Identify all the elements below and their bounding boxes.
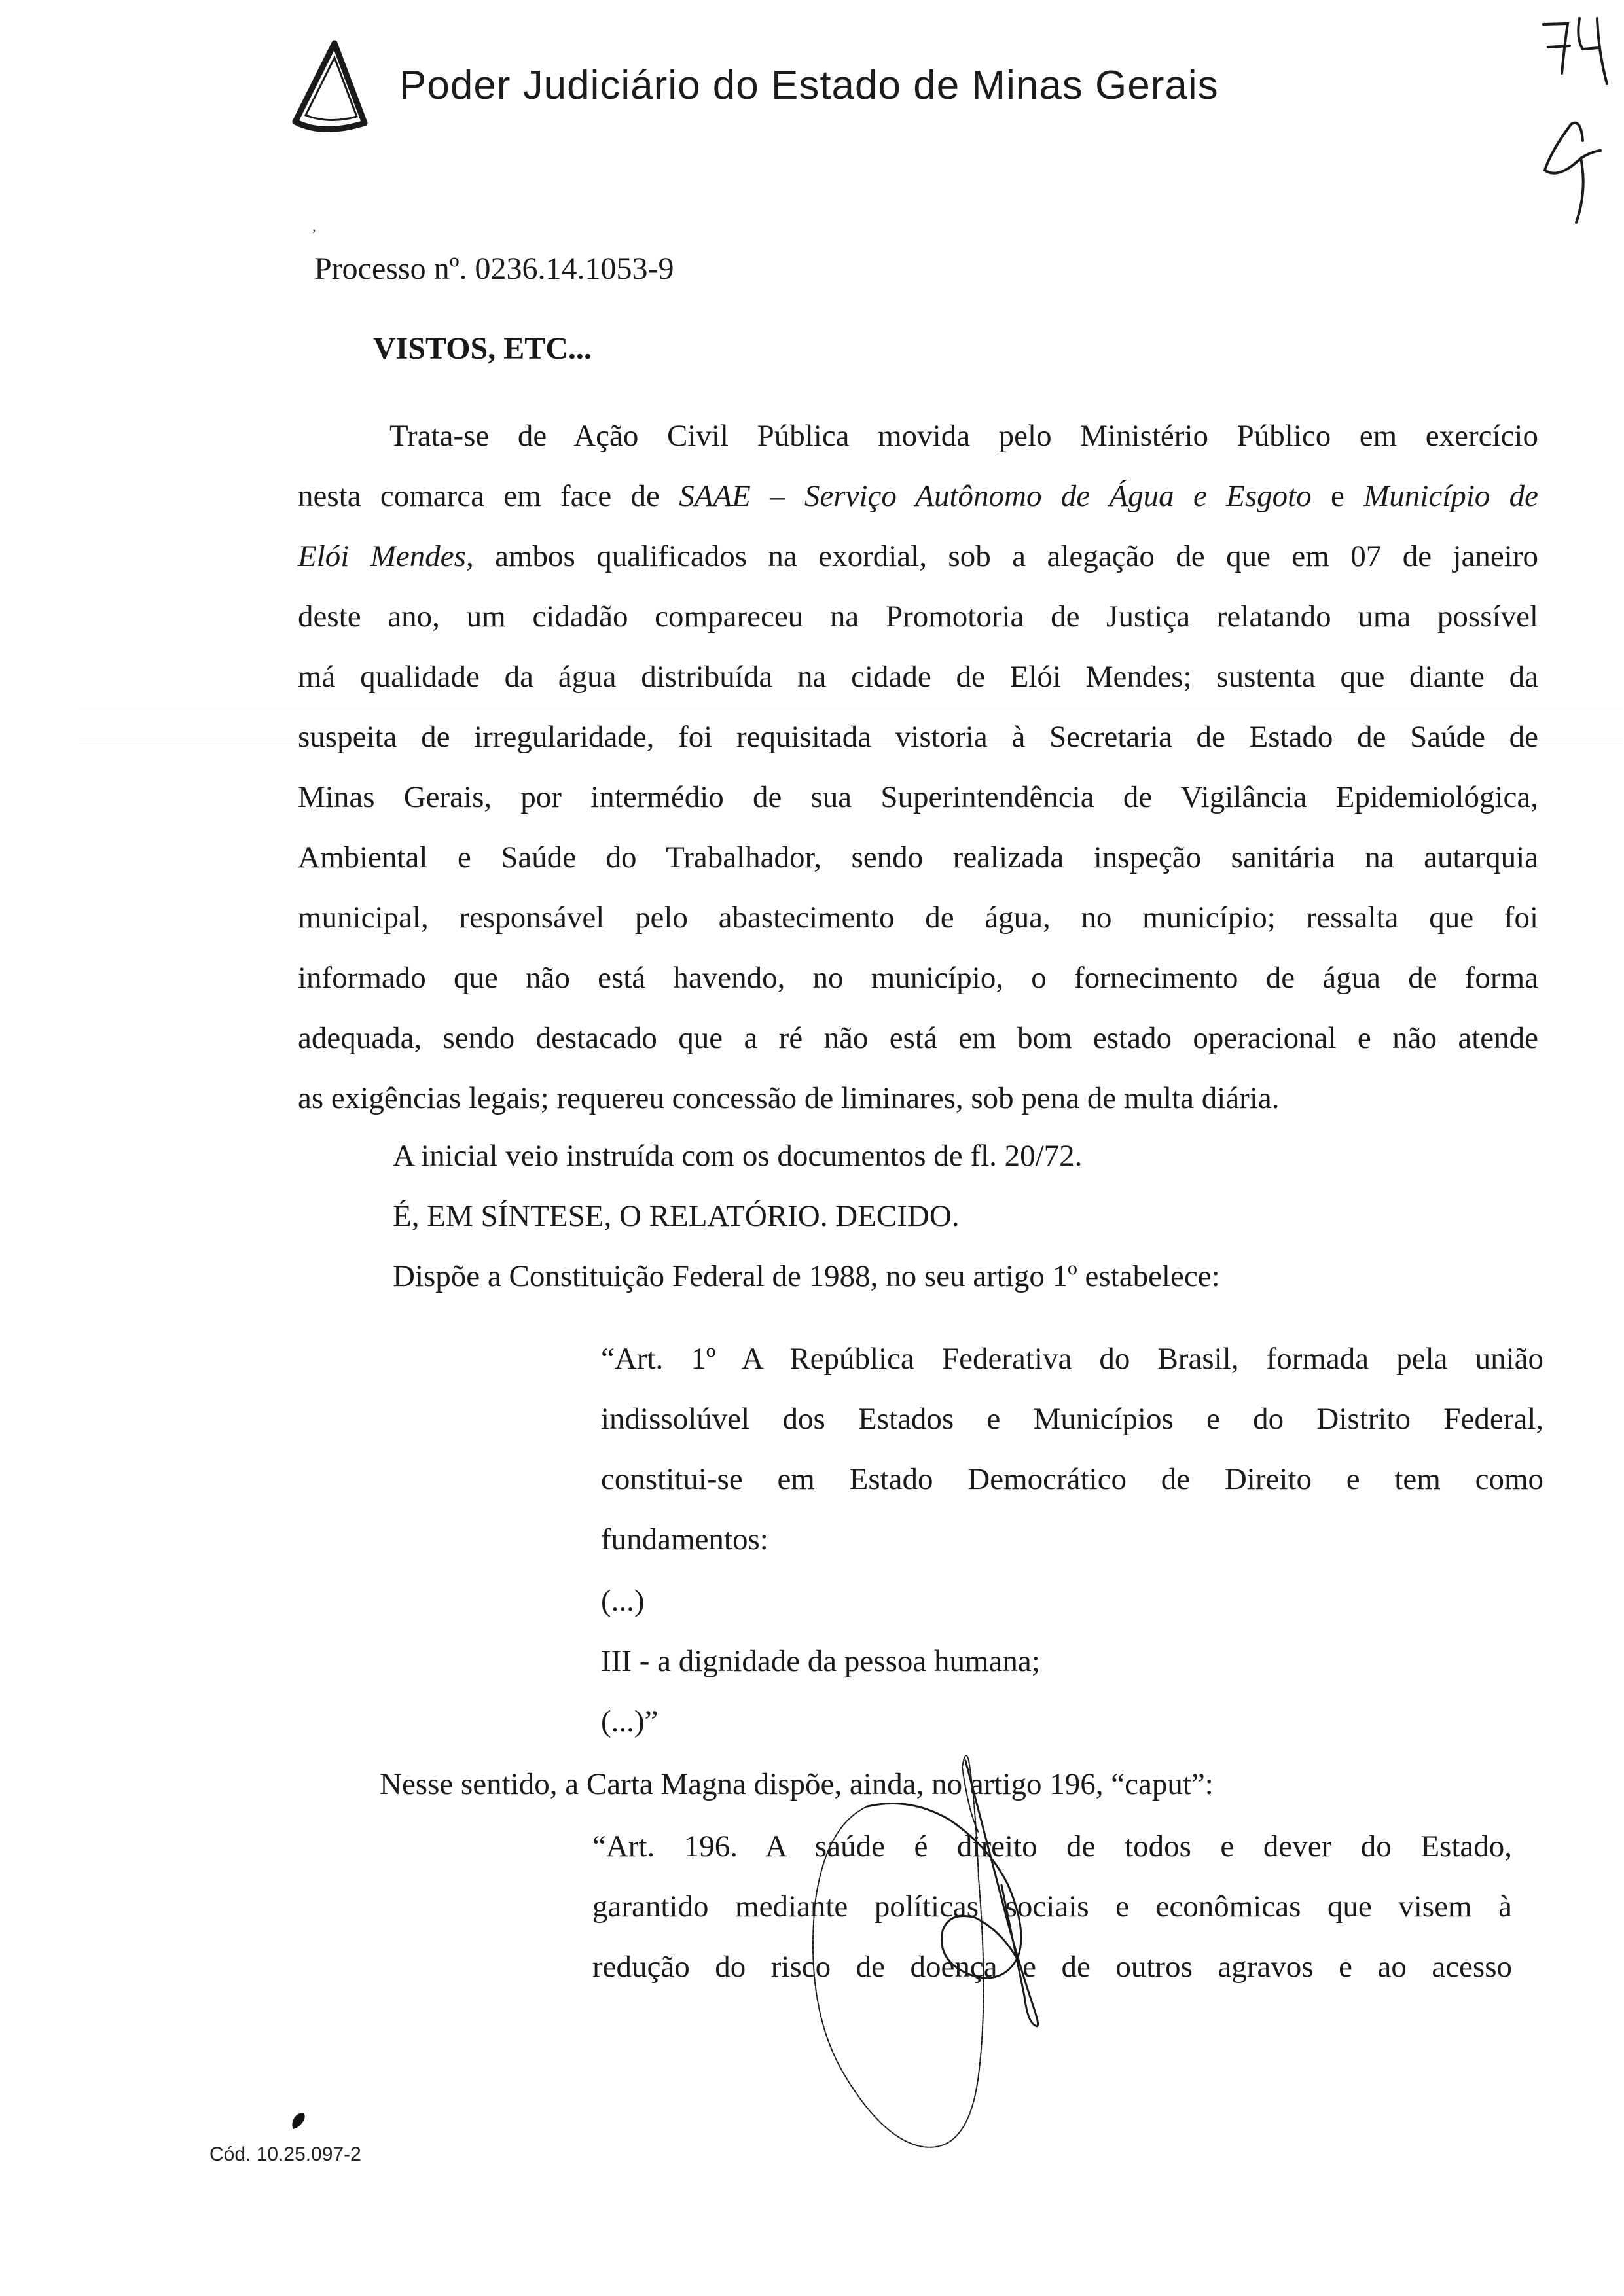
handwritten-page-number	[1473, 0, 1624, 262]
paragraph-report: Trata-se de Ação Civil Pública movida pe…	[298, 406, 1538, 1128]
text-line: as exigências legais; requereu concessão…	[298, 1068, 1538, 1128]
quote-art-196: “Art. 196. A saúde é direito de todos e …	[592, 1816, 1512, 1997]
party-name: Município de	[1363, 479, 1538, 513]
quote-line: garantido mediante políticas sociais e e…	[592, 1876, 1512, 1937]
party-name: Elói Mendes	[298, 539, 466, 573]
quote-line: “Art. 1º A República Federativa do Brasi…	[601, 1329, 1543, 1389]
quote-line: fundamentos:	[601, 1509, 1543, 1570]
quote-art-1: “Art. 1º A República Federativa do Brasi…	[601, 1329, 1543, 1570]
text-line: deste ano, um cidadão compareceu na Prom…	[298, 586, 1538, 647]
text-fragment: e	[1312, 479, 1363, 513]
document-page: Poder Judiciário do Estado de Minas Gera…	[0, 0, 1624, 2296]
quote-line: “Art. 196. A saúde é direito de todos e …	[592, 1816, 1512, 1876]
quote-line: redução do risco de doença e de outros a…	[592, 1937, 1512, 1997]
ellipsis: (...)	[601, 1571, 1040, 1631]
text-fragment: nesta comarca em face de	[298, 479, 679, 513]
text-line: municipal, responsável pelo abasteciment…	[298, 888, 1538, 948]
text-fragment: , ambos qualificados na exordial, sob a …	[466, 539, 1538, 573]
text-line: adequada, sendo destacado que a ré não e…	[298, 1008, 1538, 1068]
dispoe-line: Dispõe a Constituição Federal de 1988, n…	[393, 1246, 1220, 1306]
process-number: Processo nº. 0236.14.1053-9	[314, 251, 674, 287]
quote-line: constitui-se em Estado Democrático de Di…	[601, 1449, 1543, 1509]
sintese-line: É, EM SÍNTESE, O RELATÓRIO. DECIDO.	[393, 1186, 1220, 1246]
section-heading: VISTOS, ETC...	[373, 331, 592, 367]
text-line: Minas Gerais, por intermédio de sua Supe…	[298, 767, 1538, 827]
institution-header: Poder Judiciário do Estado de Minas Gera…	[399, 62, 1219, 109]
inicial-line: A inicial veio instruída com os document…	[393, 1126, 1220, 1186]
nesse-line: Nesse sentido, a Carta Magna dispõe, ain…	[380, 1754, 1214, 1814]
text-line: má qualidade da água distribuída na cida…	[298, 647, 1538, 707]
ink-blot	[288, 2111, 308, 2130]
stray-mark: ’	[312, 226, 316, 243]
triangle-emblem-icon	[283, 38, 388, 136]
quote-art-1-items: (...) III - a dignidade da pessoa humana…	[601, 1571, 1040, 1751]
text-line: Trata-se de Ação Civil Pública movida pe…	[298, 406, 1538, 466]
text-line: informado que não está havendo, no munic…	[298, 948, 1538, 1008]
party-name: SAAE – Serviço Autônomo de Água e Esgoto	[679, 479, 1311, 513]
text-line: nesta comarca em face de SAAE – Serviço …	[298, 466, 1538, 526]
quote-item: III - a dignidade da pessoa humana;	[601, 1631, 1040, 1691]
text-line: Elói Mendes, ambos qualificados na exord…	[298, 526, 1538, 586]
quote-line: indissolúvel dos Estados e Municípios e …	[601, 1389, 1543, 1449]
summary-lines: A inicial veio instruída com os document…	[393, 1126, 1220, 1306]
text-line: Ambiental e Saúde do Trabalhador, sendo …	[298, 827, 1538, 888]
ellipsis: (...)”	[601, 1691, 1040, 1751]
text-line: suspeita de irregularidade, foi requisit…	[298, 707, 1538, 767]
form-code: Cód. 10.25.097-2	[209, 2144, 361, 2166]
